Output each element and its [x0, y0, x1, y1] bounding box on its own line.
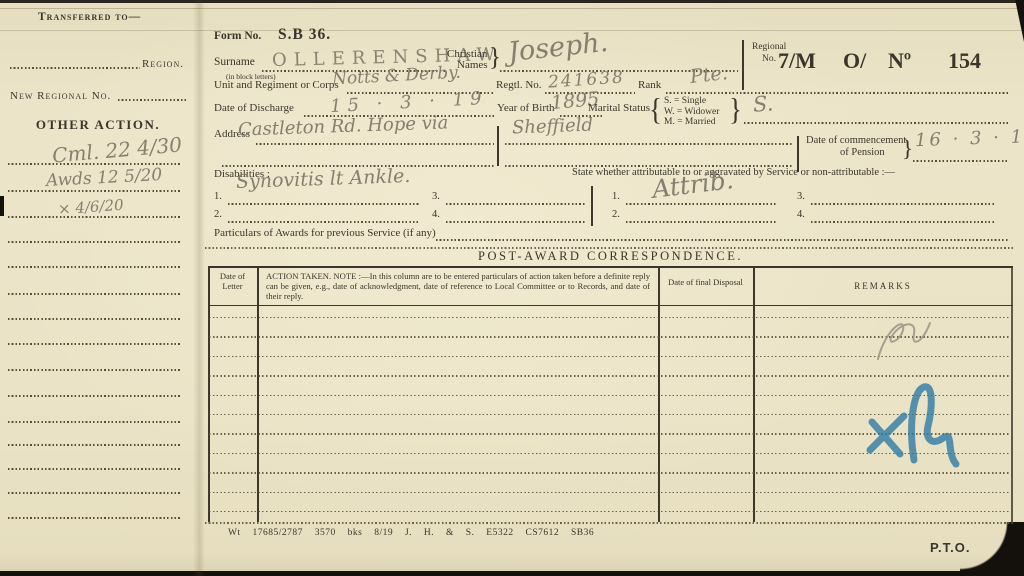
other-action-dotted-line — [8, 492, 180, 494]
attributable-line-4 — [811, 221, 996, 223]
attributable-line-2 — [626, 221, 776, 223]
surname-label: Surname — [214, 56, 255, 68]
marital-status-label: Marital Status — [588, 102, 650, 114]
disability-line-2 — [228, 221, 418, 223]
year-of-birth-label: Year of Birth — [497, 102, 555, 114]
other-action-dotted-line — [8, 190, 180, 192]
commencement-value: 16 · 3 · 19 — [915, 126, 1024, 151]
regional-no-part2: O/ — [843, 48, 866, 74]
address-dotted-line-1 — [256, 143, 494, 145]
other-action-dotted-line — [8, 369, 180, 371]
disability-line-3 — [446, 203, 586, 205]
other-action-note-2: Awds 12 5/20 — [46, 165, 163, 191]
rank-value: Pte. — [689, 62, 729, 88]
date-of-discharge-label: Date of Discharge — [214, 102, 294, 114]
col-header-remarks: REMARKS — [755, 281, 1011, 291]
card-fold-shadow — [193, 0, 205, 576]
other-action-dotted-line — [8, 241, 180, 243]
attributable-label: State whether attributable to or aggrava… — [572, 167, 895, 178]
blue-initials-mark — [852, 372, 982, 477]
form-no-value: S.B 36. — [278, 26, 331, 44]
other-action-dotted-line — [8, 343, 180, 345]
col-header-action-taken: ACTION TAKEN. NOTE :—In this column are … — [266, 272, 650, 301]
other-action-dotted-line — [8, 163, 180, 165]
marital-status-value: S. — [752, 91, 774, 116]
col-header-date-of-letter: Date of Letter — [210, 272, 255, 291]
attributable-num-1: 1. — [612, 191, 620, 202]
christian-names-value: Joseph. — [507, 27, 610, 68]
table-row — [209, 492, 1011, 493]
post-award-title: POST-AWARD CORRESPONDENCE. — [208, 249, 1013, 264]
pencil-initials-mark — [872, 314, 942, 369]
unit-label: Unit and Regiment or Corps — [214, 79, 339, 91]
christian-names-label2: Names — [457, 59, 488, 71]
transferred-to-label: Transferred to— — [38, 11, 141, 23]
scan-notch-left — [0, 196, 4, 216]
other-action-dotted-line — [8, 395, 180, 397]
table-row — [209, 511, 1011, 512]
commencement-label: Date of commencement — [806, 135, 906, 146]
pto-label: P.T.O. — [930, 540, 970, 555]
regional-no-part3: Nº — [888, 48, 911, 74]
disability-num-2: 2. — [214, 209, 222, 220]
christian-names-brace: } — [489, 44, 501, 72]
footer-dotted-line — [205, 522, 1015, 524]
commencement-brace: } — [902, 136, 913, 162]
marital-dotted-line — [744, 122, 1008, 124]
marital-option-widower: W. = Widower — [664, 107, 719, 118]
other-action-dotted-line — [8, 517, 180, 519]
commencement-dotted-line — [913, 160, 1009, 162]
marital-brace-open: { — [649, 92, 662, 128]
rank-label: Rank — [638, 79, 661, 91]
disability-value-1: Synovitis lt Ankle. — [236, 165, 411, 193]
form-no-label: Form No. — [214, 30, 261, 42]
regional-no-part1: 7/M — [778, 48, 816, 74]
disability-num-4: 4. — [432, 209, 440, 220]
scan-edge-top — [0, 0, 1024, 3]
other-action-dotted-line — [8, 318, 180, 320]
commencement-label2: of Pension — [840, 147, 885, 158]
regional-box-rule — [742, 40, 744, 90]
awards-label: Particulars of Awards for previous Servi… — [214, 227, 436, 239]
disability-line-4 — [446, 221, 586, 223]
marital-brace-close: } — [729, 92, 742, 128]
other-action-dotted-line — [8, 468, 180, 470]
attributable-line-3 — [811, 203, 996, 205]
other-action-dotted-line — [8, 293, 180, 295]
other-action-dotted-line — [8, 216, 180, 218]
table-header-rule — [208, 305, 1013, 306]
rank-dotted-line — [666, 92, 1008, 94]
other-action-heading: OTHER ACTION. — [0, 117, 196, 133]
attributable-num-4: 4. — [797, 209, 805, 220]
marital-option-married: M. = Married — [664, 117, 719, 128]
regtl-no-label: Regtl. No. — [496, 79, 542, 91]
address-value-2: Sheffield — [512, 115, 594, 139]
address-value-1: Castleton Rd. Hope via — [238, 112, 449, 140]
scan-rule-line — [0, 30, 1024, 31]
region-dotted-line — [10, 67, 140, 69]
scan-corner-top-right — [1008, 0, 1024, 42]
other-action-dotted-line — [8, 444, 180, 446]
other-action-dotted-line — [8, 266, 180, 268]
pension-record-card: Transferred to— Region. New Regional No.… — [0, 0, 1024, 576]
col-header-final-disposal: Date of final Disposal — [660, 278, 751, 288]
other-action-dotted-line — [8, 421, 180, 423]
attributable-line-1 — [626, 203, 776, 205]
scan-rule-line — [0, 8, 1024, 9]
print-code: Wt 17685/2787 3570 bks 8/19 J. H. & S. E… — [228, 528, 594, 538]
disability-line-1 — [228, 203, 420, 205]
regional-no-label2: No. — [762, 54, 776, 64]
marital-option-single: S. = Single — [664, 96, 719, 107]
disability-num-3: 3. — [432, 191, 440, 202]
address-dotted-line-2 — [505, 143, 793, 145]
disabilities-divider-rule — [591, 186, 593, 226]
attributable-num-2: 2. — [612, 209, 620, 220]
regional-no-value: 154 — [948, 48, 981, 74]
new-regional-no-label: New Regional No. — [10, 90, 111, 102]
marital-options: S. = Single W. = Widower M. = Married — [664, 96, 719, 128]
region-label: Region. — [142, 58, 184, 70]
scan-edge-bottom — [0, 571, 1024, 576]
new-regional-no-dotted-line — [118, 99, 186, 101]
awards-dotted-line — [436, 239, 1008, 241]
attributable-num-3: 3. — [797, 191, 805, 202]
address-column-rule — [497, 126, 499, 166]
other-action-note-3: × 4/6/20 — [57, 196, 124, 219]
disability-num-1: 1. — [214, 191, 222, 202]
